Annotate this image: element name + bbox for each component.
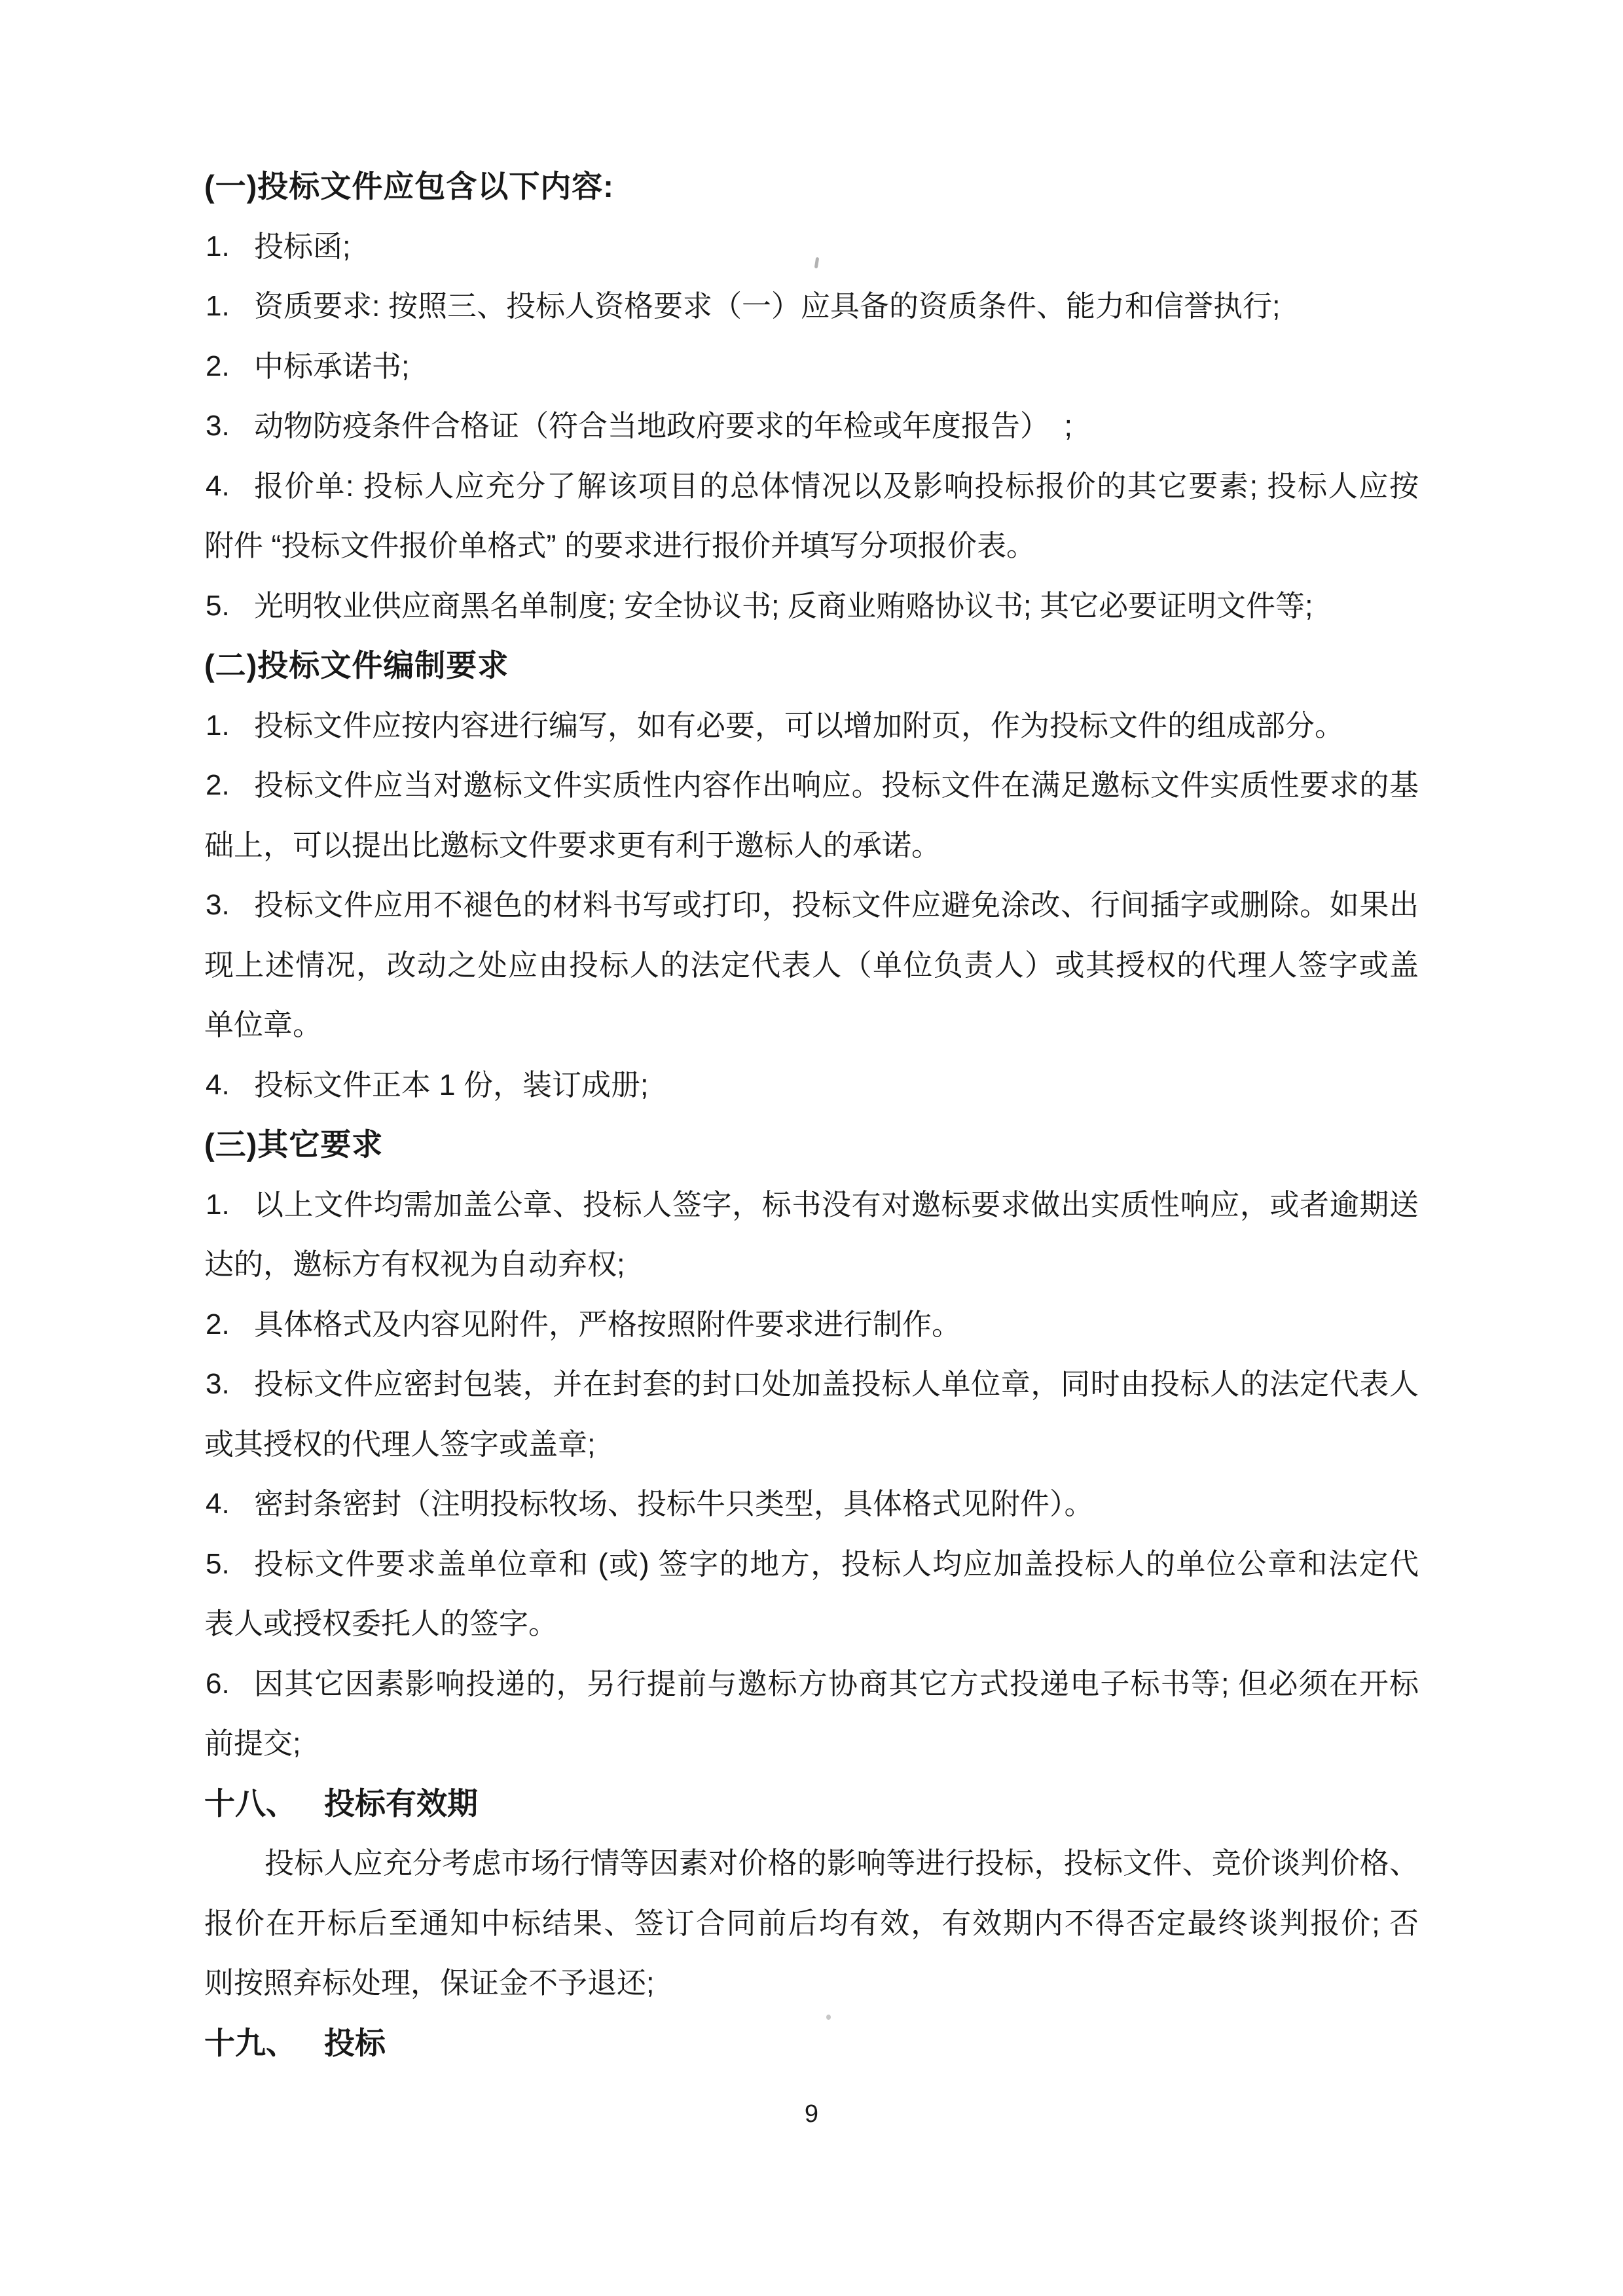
list-item: 2.具体格式及内容见附件，严格按照附件要求进行制作。 [204,1295,1419,1355]
paragraph-continuation: 则按照弃标处理，保证金不予退还; [204,1953,1419,2013]
page-number: 9 [0,2098,1623,2130]
list-text: 投标文件应当对邀标文件实质性内容作出响应。投标文件在满足邀标文件实质性要求的基 [254,755,1419,816]
section-heading-1: (一)投标文件应包含以下内容: [204,156,1419,217]
chapter-heading-18: 十八、投标有效期 [204,1774,1419,1834]
list-item: 1.资质要求: 按照三、投标人资格要求（一）应具备的资质条件、能力和信誉执行; [204,276,1419,336]
paragraph-text: 或其授权的代理人签字或盖章; [204,1414,1419,1475]
list-text: 具体格式及内容见附件，严格按照附件要求进行制作。 [254,1295,1419,1355]
list-number: 3. [206,875,230,935]
paragraph-text: 前提交; [204,1713,1419,1774]
list-number: 2. [206,755,230,816]
list-item: 2.投标文件应当对邀标文件实质性内容作出响应。投标文件在满足邀标文件实质性要求的… [204,755,1419,816]
list-text: 投标函; [254,217,1419,277]
list-item: 4.报价单: 投标人应充分了解该项目的总体情况以及影响投标报价的其它要素; 投标… [204,456,1419,516]
paragraph-text: 表人或授权委托人的签字。 [204,1594,1419,1654]
list-text: 投标文件应密封包装，并在封套的封口处加盖投标人单位章，同时由投标人的法定代表人 [254,1354,1419,1414]
list-text: 光明牧业供应商黑名单制度; 安全协议书; 反商业贿赂协议书; 其它必要证明文件等… [254,576,1419,636]
list-text: 投标文件要求盖单位章和 (或) 签字的地方，投标人均应加盖投标人的单位公章和法定… [254,1534,1419,1594]
section-heading-2: (二)投标文件编制要求 [204,636,1419,696]
section-heading-text: (二)投标文件编制要求 [204,636,1419,696]
chapter-title: 投标有效期 [324,1774,1419,1834]
list-item: 3.投标文件应密封包装，并在封套的封口处加盖投标人单位章，同时由投标人的法定代表… [204,1354,1419,1414]
paragraph-continuation: 单位章。 [204,995,1419,1055]
list-text: 因其它因素影响投递的，另行提前与邀标方协商其它方式投递电子标书等; 但必须在开标 [254,1654,1419,1714]
list-number: 5. [206,1534,230,1594]
paragraph-text: 投标人应充分考虑市场行情等因素对价格的影响等进行投标，投标文件、竞价谈判价格、 [264,1833,1419,1893]
list-text: 以上文件均需加盖公章、投标人签字，标书没有对邀标要求做出实质性响应，或者逾期送 [254,1175,1419,1235]
chapter-title: 投标 [324,2013,1419,2073]
list-text: 资质要求: 按照三、投标人资格要求（一）应具备的资质条件、能力和信誉执行; [254,276,1419,336]
paragraph-continuation: 础上，可以提出比邀标文件要求更有利于邀标人的承诺。 [204,816,1419,876]
list-number: 2. [206,336,230,397]
list-number: 4. [206,1474,230,1534]
list-number: 3. [206,1354,230,1414]
document-body: (一)投标文件应包含以下内容: 1.投标函; 1.资质要求: 按照三、投标人资格… [204,156,1419,2073]
scan-artifact [826,2015,831,2020]
paragraph-text: 报价在开标后至通知中标结果、签订合同前后均有效，有效期内不得否定最终谈判报价; … [204,1893,1419,1954]
list-item: 3.动物防疫条件合格证（符合当地政府要求的年检或年度报告） ; [204,396,1419,456]
list-item: 1.以上文件均需加盖公章、投标人签字，标书没有对邀标要求做出实质性响应，或者逾期… [204,1175,1419,1235]
list-number: 1. [206,696,230,756]
list-text: 投标文件应按内容进行编写，如有必要，可以增加附页，作为投标文件的组成部分。 [254,696,1419,756]
paragraph-text: 单位章。 [204,995,1419,1055]
chapter-heading-19: 十九、投标 [204,2013,1419,2073]
list-item: 2.中标承诺书; [204,336,1419,397]
list-text: 投标文件应用不褪色的材料书写或打印，投标文件应避免涂改、行间插字或删除。如果出 [254,875,1419,935]
list-item: 4.投标文件正本 1 份，装订成册; [204,1055,1419,1115]
paragraph-continuation: 前提交; [204,1713,1419,1774]
list-number: 4. [206,1055,230,1115]
list-item: 4.密封条密封（注明投标牧场、投标牛只类型，具体格式见附件）。 [204,1474,1419,1534]
list-text: 密封条密封（注明投标牧场、投标牛只类型，具体格式见附件）。 [254,1474,1419,1534]
list-number: 1. [206,217,230,277]
paragraph-first-line: 投标人应充分考虑市场行情等因素对价格的影响等进行投标，投标文件、竞价谈判价格、 [204,1833,1419,1893]
list-number: 5. [206,576,230,636]
chapter-number: 十九、 [204,2013,297,2073]
paragraph-continuation: 附件 “投标文件报价单格式” 的要求进行报价并填写分项报价表。 [204,516,1419,576]
list-item: 1.投标文件应按内容进行编写，如有必要，可以增加附页，作为投标文件的组成部分。 [204,696,1419,756]
chapter-number: 十八、 [204,1774,297,1834]
list-number: 4. [206,456,230,516]
list-number: 3. [206,396,230,456]
list-item: 6.因其它因素影响投递的，另行提前与邀标方协商其它方式投递电子标书等; 但必须在… [204,1654,1419,1714]
paragraph-text: 础上，可以提出比邀标文件要求更有利于邀标人的承诺。 [204,816,1419,876]
paragraph-text: 现上述情况，改动之处应由投标人的法定代表人（单位负责人）或其授权的代理人签字或盖 [204,935,1419,996]
list-item: 1.投标函; [204,217,1419,277]
list-item: 3.投标文件应用不褪色的材料书写或打印，投标文件应避免涂改、行间插字或删除。如果… [204,875,1419,935]
list-item: 5.光明牧业供应商黑名单制度; 安全协议书; 反商业贿赂协议书; 其它必要证明文… [204,576,1419,636]
scanned-document-page: { "page": { "number": "9", "lines": [ { … [0,0,1623,2296]
section-heading-text: (一)投标文件应包含以下内容: [204,156,1419,217]
list-number: 1. [206,276,230,336]
list-number: 2. [206,1295,230,1355]
paragraph-text: 则按照弃标处理，保证金不予退还; [204,1953,1419,2013]
list-text: 动物防疫条件合格证（符合当地政府要求的年检或年度报告） ; [254,396,1419,456]
paragraph-continuation: 现上述情况，改动之处应由投标人的法定代表人（单位负责人）或其授权的代理人签字或盖 [204,935,1419,996]
paragraph-text: 达的，邀标方有权视为自动弃权; [204,1234,1419,1295]
paragraph-continuation: 达的，邀标方有权视为自动弃权; [204,1234,1419,1295]
list-text: 报价单: 投标人应充分了解该项目的总体情况以及影响投标报价的其它要素; 投标人应… [254,456,1419,516]
paragraph-continuation: 表人或授权委托人的签字。 [204,1594,1419,1654]
list-text: 中标承诺书; [254,336,1419,397]
paragraph-text: 附件 “投标文件报价单格式” 的要求进行报价并填写分项报价表。 [204,516,1419,576]
list-text: 投标文件正本 1 份，装订成册; [254,1055,1419,1115]
list-item: 5.投标文件要求盖单位章和 (或) 签字的地方，投标人均应加盖投标人的单位公章和… [204,1534,1419,1594]
list-number: 6. [206,1654,230,1714]
paragraph-continuation: 报价在开标后至通知中标结果、签订合同前后均有效，有效期内不得否定最终谈判报价; … [204,1893,1419,1954]
paragraph-continuation: 或其授权的代理人签字或盖章; [204,1414,1419,1475]
list-number: 1. [206,1175,230,1235]
section-heading-3: (三)其它要求 [204,1115,1419,1175]
section-heading-text: (三)其它要求 [204,1115,1419,1175]
